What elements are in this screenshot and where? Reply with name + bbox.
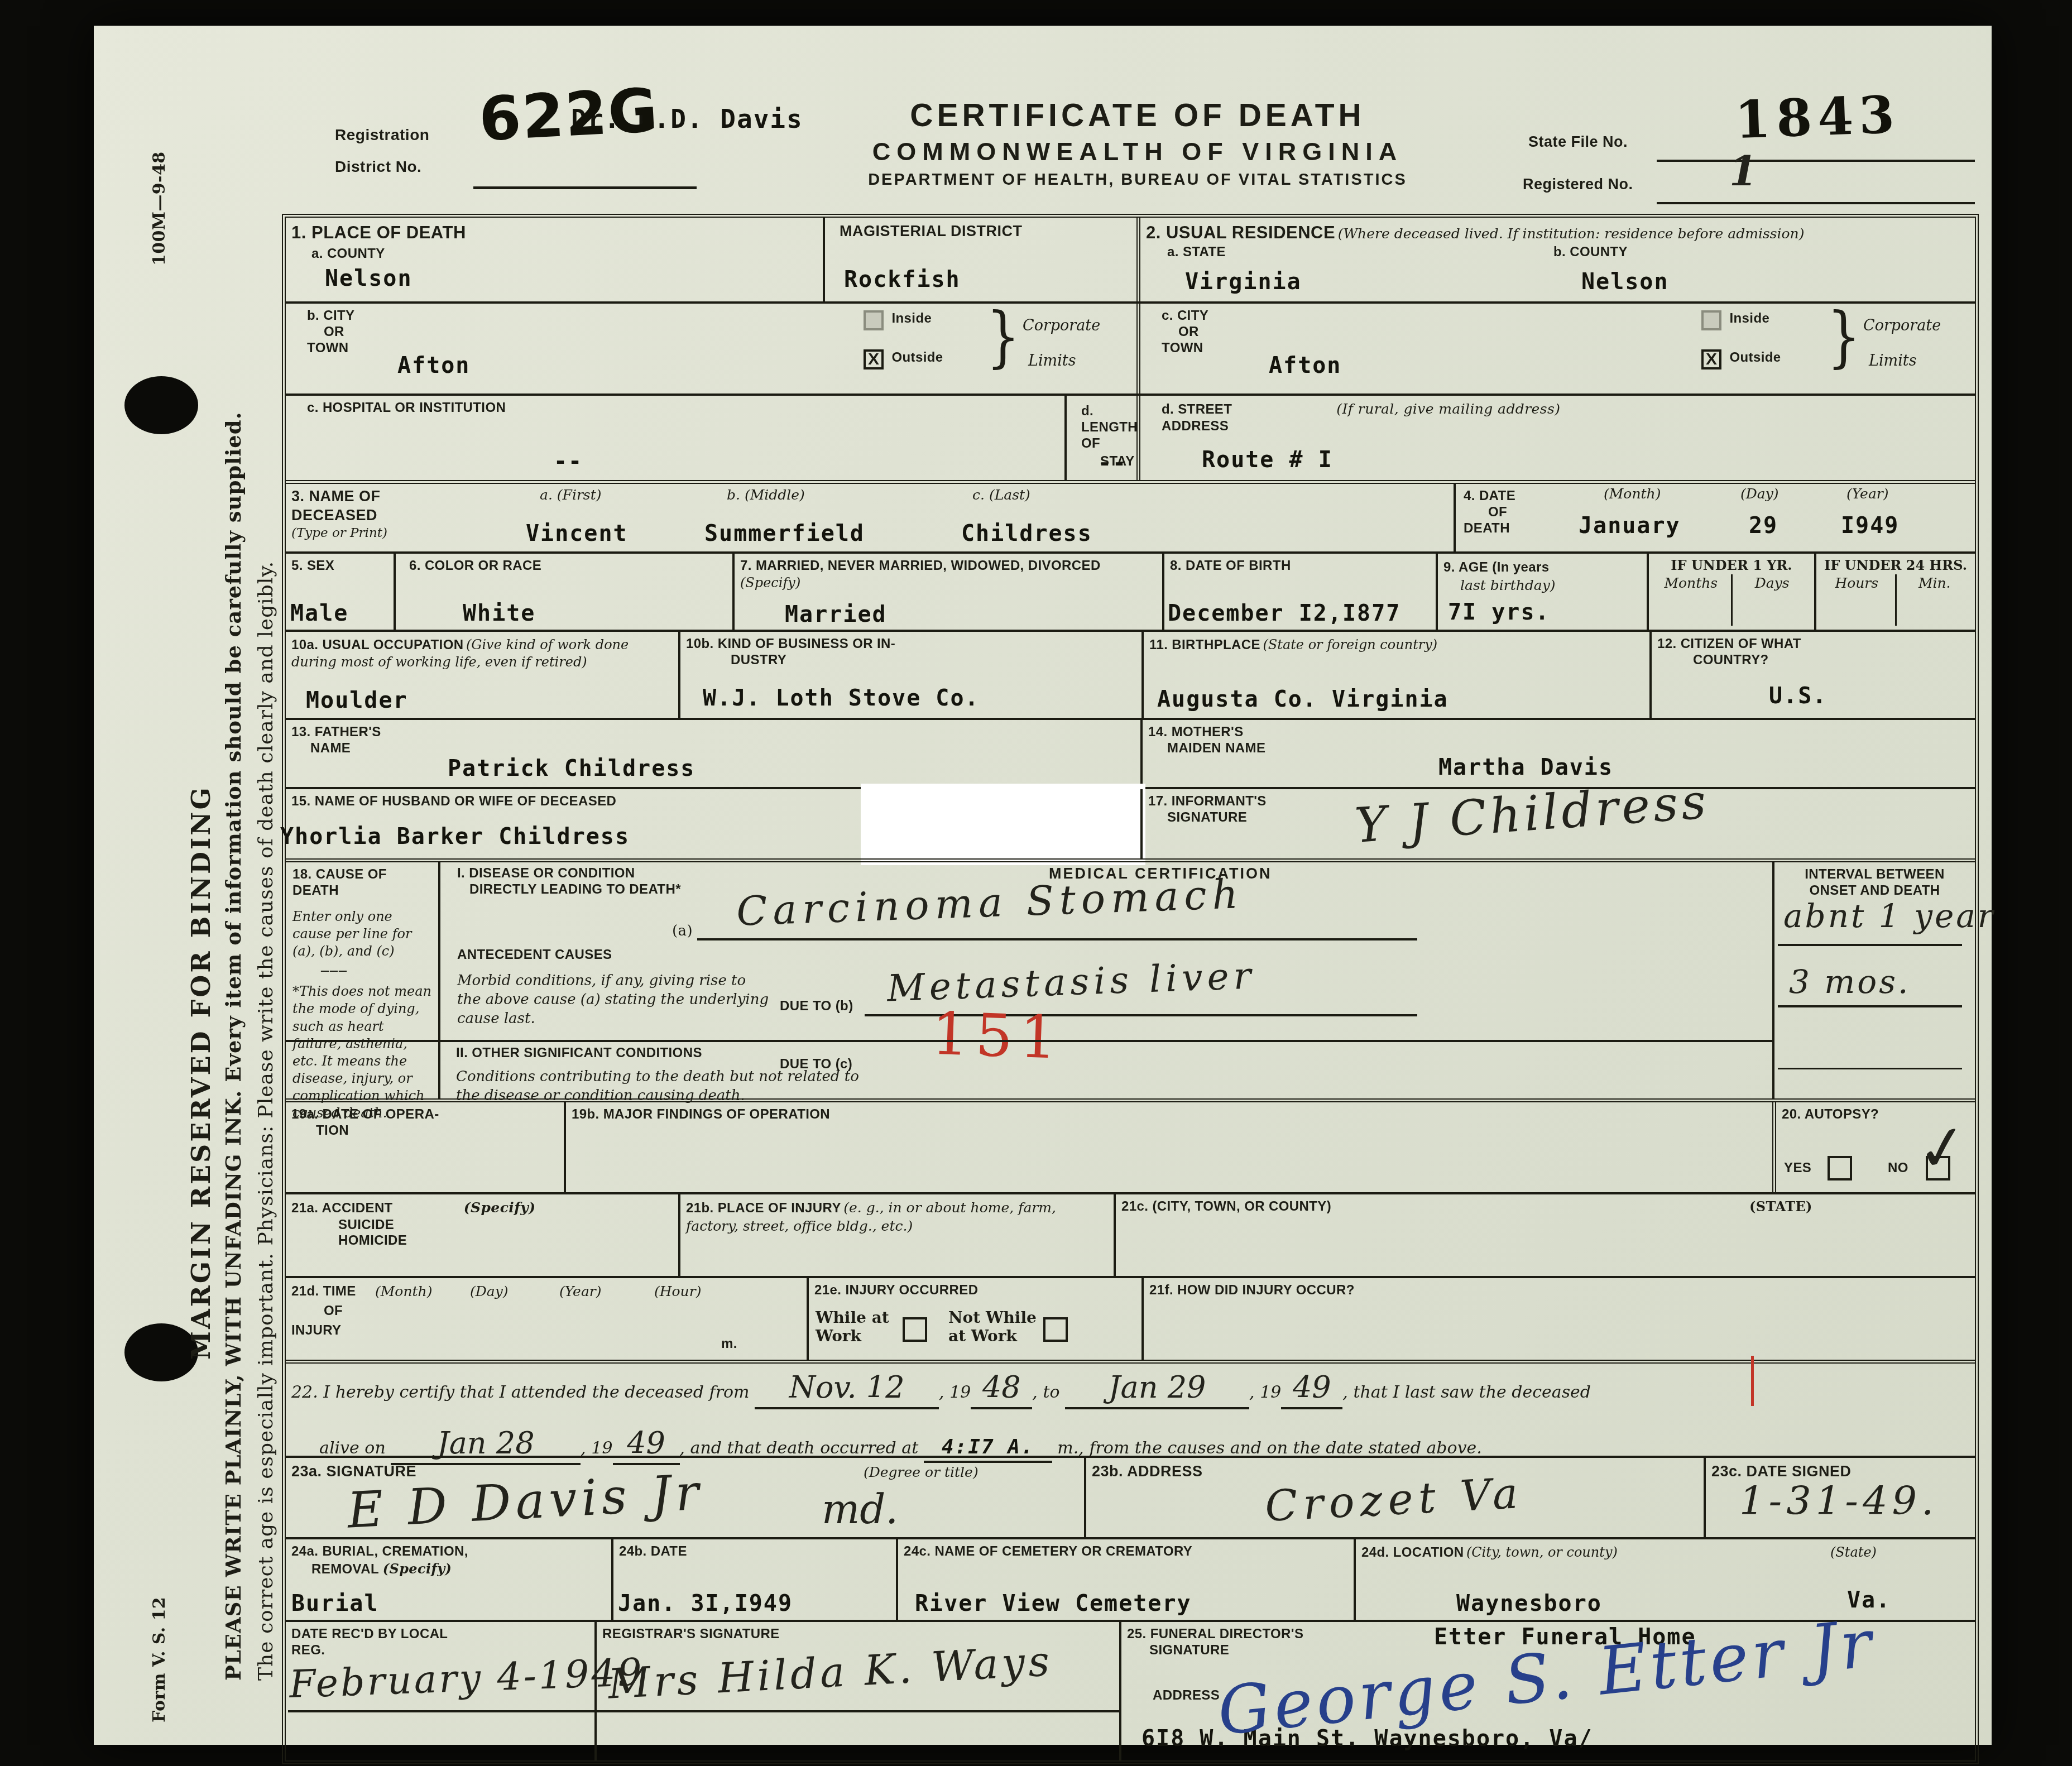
registered-no-label: Registered No. [1523,175,1633,194]
redaction-box [861,784,1145,865]
certificate-subtitle: COMMONWEALTH OF VIRGINIA [780,137,1495,166]
accident-label-1: 21a. ACCIDENT [291,1201,393,1216]
father-label-2: NAME [310,741,1135,757]
injury-year-label: (Year) [559,1283,602,1301]
name-title-1: 3. NAME OF [291,487,387,506]
married-note: (Specify) [740,575,800,591]
date-of-operation-label-1: 19a. DATE OF OPERA- [291,1107,558,1123]
birthplace-value: Augusta Co. Virginia [1157,687,1449,712]
registrar-signature: Mrs Hilda K. Ways [607,1637,1054,1709]
funeral-address-label: ADDRESS [1153,1688,1220,1704]
certificate-form: 1. PLACE OF DEATH a. COUNTY Nelson MAGIS… [282,214,1979,1764]
sex-value: Male [290,601,348,626]
date-received-value: February 4-1949 [289,1650,645,1707]
registered-no-value: 1 [1729,147,1757,195]
attended-from-value: Nov. 12 [789,1370,905,1405]
cemetery-city-value: Waynesboro [1456,1591,1602,1616]
cause-note-1: Enter only one cause per line for (a), (… [292,908,431,961]
attended-to-value: Jan 29 [1109,1370,1206,1405]
alive-on-label: alive on [319,1438,386,1458]
burial-note: (Specify) [383,1561,452,1577]
street-note: (If rural, give mailing address) [1336,401,1560,417]
cause-of-death-label: 18. CAUSE OF DEATH [292,867,431,899]
print-code: 100M—9-48 [150,151,170,266]
age-label-2: last birthday) [1460,577,1556,593]
not-while-checkbox [1043,1317,1068,1342]
father-value: Patrick Childress [448,756,695,781]
dod-label-1: 4. DATE [1464,488,1515,505]
residence-county-value: Nelson [1581,269,1669,295]
registration-underline [473,186,697,189]
certificate-paper: 100M—9-48 Form V. S. 12 MARGIN RESERVED … [94,26,1992,1745]
cemetery-state-label: (State) [1830,1544,1877,1561]
spouse-value: Yhorlia Barker Childress [280,824,630,850]
certify-end: m., from the causes and on the date stat… [1057,1438,1482,1458]
days-label: Days [1731,574,1812,626]
res-city-value: Afton [1269,353,1341,378]
interval-label-1: INTERVAL BETWEEN [1782,867,1967,883]
res-outside-checkbox: X [1701,349,1721,369]
while-at-work-label-2: Work [816,1327,889,1345]
res-outside-label: Outside [1729,350,1781,365]
attended-to-year: 49 [1293,1370,1331,1405]
res-inside-checkbox [1701,310,1721,330]
other-conditions-divider [286,1040,1772,1042]
registration-label-2: District No. [335,157,429,176]
state-file-value: 1843 [1734,84,1901,150]
signature-label: 23a. SIGNATURE [291,1463,416,1480]
hospital-label: c. HOSPITAL OR INSTITUTION [307,400,1131,416]
burial-label-2: REMOVAL [311,1562,379,1577]
while-at-work-checkbox [903,1317,927,1342]
not-while-label-1: Not While [948,1308,1037,1327]
date-recd-label-1: DATE REC'D BY LOCAL [291,1626,589,1643]
accident-label-2: SUICIDE [338,1217,673,1234]
magisterial-district-value: Rockfish [844,267,961,292]
autopsy-yes-label: YES [1784,1160,1811,1177]
citizen-value: U.S. [1769,683,1827,709]
outside-checkbox: X [864,349,884,369]
county-value: Nelson [325,266,1131,291]
injury-m-label: m. [721,1336,737,1352]
scanned-death-certificate: 100M—9-48 Form V. S. 12 MARGIN RESERVED … [0,0,2072,1766]
res-corporate-label-1: Corporate [1863,316,1941,335]
autopsy-yes-checkbox [1828,1156,1852,1180]
margin-binding-note: MARGIN RESERVED FOR BINDING [186,785,216,1360]
certify-tail: , that I last saw the deceased [1342,1383,1591,1402]
registrar-baseline [288,1710,1120,1712]
registered-no-underline [1657,202,1975,204]
business-label-2: DUSTRY [731,652,1136,669]
age-value: 7I yrs. [1448,599,1550,625]
punch-hole-top [124,376,198,434]
other-conditions-label: II. OTHER SIGNIFICANT CONDITIONS [456,1045,702,1062]
red-tick-mark [1751,1356,1754,1406]
street-value: Route # I [1202,447,1333,473]
accident-label-3: HOMICIDE [338,1233,673,1249]
dod-month-value: January [1579,513,1681,539]
place-of-death-title: 1. PLACE OF DEATH [291,223,466,242]
interval-value-a: abnt 1 year [1783,897,1996,935]
res-inside-label: Inside [1729,311,1769,326]
cemetery-value: River View Cemetery [915,1591,1192,1616]
length-of-stay-label-1: d. LENGTH OF [1081,404,1138,452]
name-title-2: DECEASED [291,506,387,525]
certify-19b: , 19 [1249,1383,1281,1402]
interval-underline-b [1778,1005,1962,1007]
usual-residence-note: (Where deceased lived. If institution: r… [1338,225,1805,242]
disease-label-2: DIRECTLY LEADING TO DEATH* [469,882,681,898]
burial-date-label: 24b. DATE [619,1544,890,1560]
how-injury-label: 21f. HOW DID INJURY OCCUR? [1149,1283,1969,1299]
interval-value-b: 3 mos. [1789,963,1910,1001]
under-24hrs-label: IF UNDER 24 HRS. [1819,557,1973,573]
injury-occurred-label: 21e. INJURY OCCURRED [814,1283,1136,1299]
injury-day-label: (Day) [470,1283,509,1301]
state-file-underline [1657,160,1975,162]
occupation-label: 10a. USUAL OCCUPATION [291,637,463,652]
dod-day-label: (Day) [1740,485,1779,503]
inside-label: Inside [891,311,932,326]
last-name-value: Childress [961,521,1092,546]
injury-hour-label: (Hour) [654,1283,701,1301]
certify-19c: , 19 [581,1438,612,1458]
race-value: White [463,601,535,626]
married-label: 7. MARRIED, NEVER MARRIED, WIDOWED, DIVO… [740,558,1101,573]
time-of-injury-label-3: INJURY [291,1323,356,1339]
dod-month-label: (Month) [1604,485,1661,503]
age-label-1: 9. AGE (In years [1443,560,1550,575]
last-name-label: c. (Last) [972,486,1030,505]
occupation-value: Moulder [306,688,408,713]
antecedent-label: ANTECEDENT CAUSES [457,947,612,963]
dod-day-value: 29 [1749,513,1778,539]
autopsy-no-mark: ✓ [1912,1109,1973,1187]
residence-state-value: Virginia [1185,269,1302,295]
race-label: 6. COLOR OR RACE [409,558,727,574]
dob-label: 8. DATE OF BIRTH [1170,558,1430,574]
first-name-value: Vincent [526,521,628,546]
cause-a-value: Carcinoma Stomach [736,870,1244,935]
place-of-injury-label: 21b. PLACE OF INJURY [686,1201,841,1216]
attended-from-year: 48 [982,1370,1021,1405]
interval-underline-c [1778,1068,1962,1069]
father-label-1: 13. FATHER'S [291,724,1135,741]
length-of-stay-value: -- [1098,450,1127,476]
accident-note: (Specify) [464,1199,536,1216]
cemetery-location-note: (City, town, or county) [1466,1544,1618,1560]
not-while-label-2: at Work [948,1327,1037,1345]
cause-dash: ——— [320,966,431,976]
signature-degree-note: (Degree or title) [864,1463,979,1482]
dod-year-label: (Year) [1846,485,1889,503]
citizen-label-2: COUNTRY? [1693,652,1969,669]
county-label: a. COUNTY [311,246,1131,262]
certify-pre: 22. I hereby certify that I attended the… [291,1383,750,1402]
residence-state-label: a. STATE [1167,244,1226,261]
mother-label-1: 14. MOTHER'S [1148,724,1969,741]
registration-label-1: Registration [335,125,429,145]
margin-instruction-2: The correct age is especially important.… [255,561,277,1681]
red-code-stamp: 151 [931,1000,1065,1072]
under-1yr-label: IF UNDER 1 YR. [1651,557,1812,573]
cemetery-label: 24c. NAME OF CEMETERY OR CREMATORY [904,1544,1348,1560]
min-label: Min. [1895,574,1973,626]
business-value: W.J. Loth Stove Co. [703,685,980,711]
res-corporate-label-2: Limits [1869,351,1941,371]
dod-label-3: DEATH [1464,521,1515,537]
registration-district-value: 622G [477,76,660,155]
cause-a-label: (a) [672,923,693,940]
citizen-label-1: 12. CITIZEN OF WHAT [1657,636,1969,652]
first-name-label: a. (First) [540,486,601,505]
outside-label: Outside [891,350,943,365]
name-note: (Type or Print) [291,525,387,542]
disease-label-1: I. DISEASE OR CONDITION [457,866,681,882]
margin-instruction-1: PLEASE WRITE PLAINLY, WITH UNFADING INK.… [221,411,246,1681]
usual-residence-title: 2. USUAL RESIDENCE [1146,223,1335,242]
magisterial-district-label: MAGISTERIAL DISTRICT [840,222,1023,241]
business-label-1: 10b. KIND OF BUSINESS OR IN- [686,636,1136,652]
married-value: Married [785,602,887,627]
residence-county-label: b. COUNTY [1553,244,1628,261]
corporate-brace: } [986,308,1020,367]
certificate-title: CERTIFICATE OF DEATH [780,97,1495,134]
state-file-label: State File No. [1528,133,1628,152]
mother-value: Martha Davis [1438,755,1613,780]
interval-underline-a [1778,944,1962,946]
burial-label-1: 24a. BURIAL, CREMATION, [291,1544,606,1560]
certify-to: , to [1032,1383,1059,1402]
time-of-injury-label-2: OF [324,1303,356,1319]
middle-name-label: b. (Middle) [727,486,805,505]
corporate-label-1: Corporate [1023,316,1100,335]
res-corporate-brace: } [1827,308,1860,367]
birthplace-label: 11. BIRTHPLACE [1149,637,1260,652]
injury-city-label: 21c. (CITY, TOWN, OR COUNTY) [1121,1199,1331,1214]
major-findings-label: 19b. MAJOR FINDINGS OF OPERATION [572,1107,1767,1123]
date-of-operation-label-2: TION [316,1123,558,1139]
corporate-label-2: Limits [1028,351,1100,371]
injury-month-label: (Month) [375,1283,432,1301]
form-code: Form V. S. 12 [150,1597,170,1722]
middle-name-value: Summerfield [704,521,865,546]
cemetery-location-label: 24d. LOCATION [1361,1545,1464,1560]
street-label-1: d. STREET [1162,402,1232,417]
death-occurred-label: , and that death occurred at [680,1438,919,1458]
department-line: DEPARTMENT OF HEALTH, BUREAU OF VITAL ST… [780,171,1495,189]
hospital-value: -- [554,449,583,474]
sex-label: 5. SEX [291,558,388,574]
autopsy-no-label: NO [1888,1160,1908,1177]
while-at-work-label-1: While at [816,1308,889,1327]
burial-value: Burial [291,1591,379,1616]
certify-19a: , 19 [939,1383,971,1402]
dod-label-2: OF [1488,505,1515,521]
morbid-note: Morbid conditions, if any, giving rise t… [457,972,770,1028]
city-value: Afton [397,353,470,378]
date-signed-value: 1-31-49. [1739,1478,1938,1524]
street-label-2: ADDRESS [1162,419,1969,435]
dod-year-value: I949 [1841,513,1899,539]
due-b-label: DUE TO (b) [780,999,853,1015]
injury-state-label: (STATE) [1749,1199,1812,1215]
degree-value: md. [822,1486,898,1533]
time-of-injury-label-1: 21d. TIME [291,1284,356,1300]
birthplace-note: (State or foreign country) [1263,637,1437,652]
cause-a-underline [697,938,1417,940]
hours-label: Hours [1819,574,1895,626]
inside-checkbox [864,310,884,330]
burial-date-value: Jan. 3I,I949 [618,1591,793,1616]
dob-value: December I2,I877 [1168,601,1400,626]
months-label: Months [1651,574,1731,626]
